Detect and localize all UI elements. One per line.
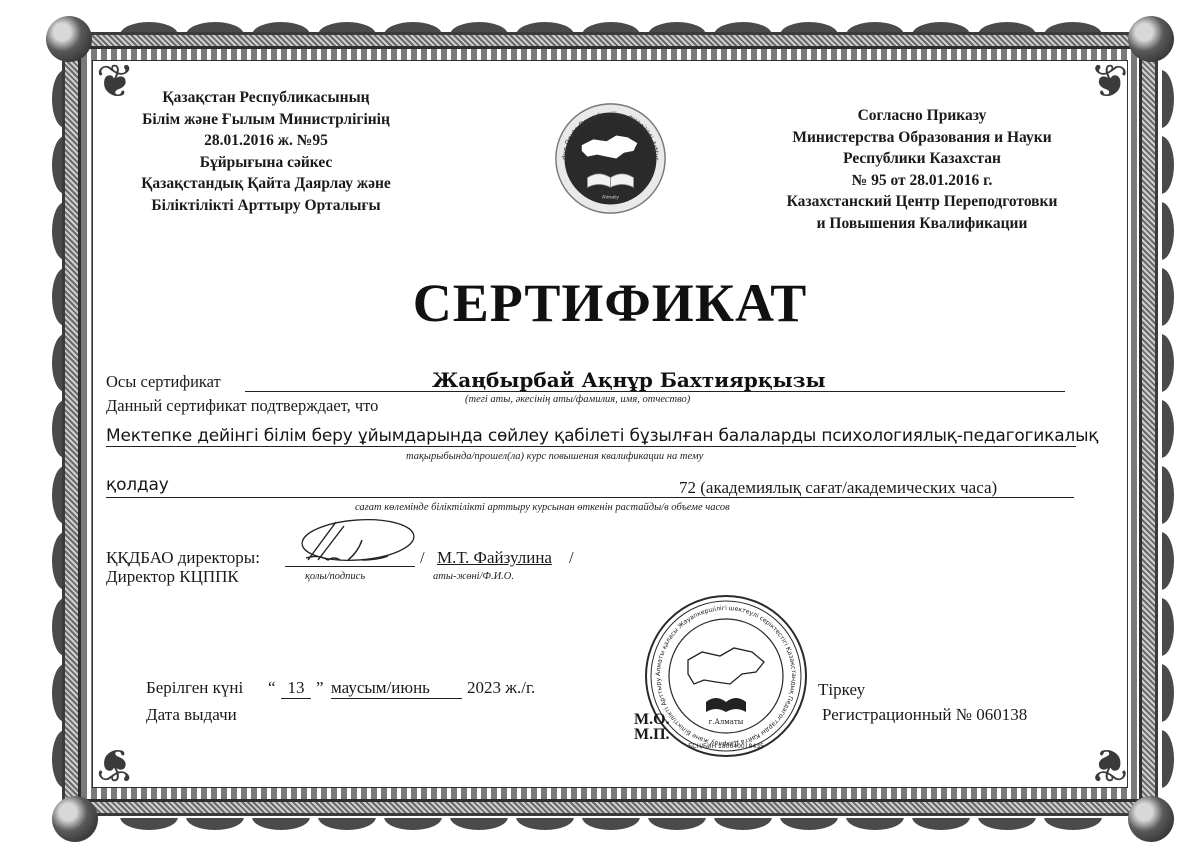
signature-caption: қолы/подпись [305,571,365,582]
issue-date-label-ru: Дата выдачи [146,705,237,725]
certificate-title: СЕРТИФИКАТ [300,272,920,334]
course-topic-caption: тақырыбында/прошел(ла) курс повышения кв… [406,451,703,462]
signature-icon [288,512,418,572]
corner-ornament-icon [52,796,98,842]
recipient-name: Жаңбырбай Ақнұр Бахтиярқызы [432,368,826,392]
flourish-icon: ❦ [1090,742,1129,788]
issue-date-day: 13 [281,678,311,699]
svg-text:БСН/БИН 180640018435: БСН/БИН 180640018435 [688,743,764,750]
director-label-kz: ҚҚДБАО директоры: [106,548,260,568]
frame-wave-left [48,70,62,790]
corner-ornament-icon [1128,796,1174,842]
header-line: Білім және Ғылым Министрлігінің [108,109,424,131]
issue-date-month: маусым/июнь [331,678,462,699]
issue-date-label-kz: Берілген күні [146,678,243,698]
issue-date-close-quote: ” [316,678,324,698]
frame-wave-right [1162,70,1176,790]
issue-date-open-quote: “ [268,678,276,698]
header-line: Біліктілікті Арттыру Орталығы [108,195,424,217]
frame-wave-bottom [120,818,1110,832]
frame-wave-top [120,18,1110,32]
recipient-label-ru: Данный сертификат подтверждает, что [106,396,378,416]
issue-date-year: 2023 ж./г. [467,678,535,698]
header-line: Қазақстан Республикасының [108,87,424,109]
corner-ornament-icon [46,16,92,62]
registration-number-line: Регистрационный № 060138 [822,705,1027,725]
recipient-label-kz: Осы сертификат [106,372,221,392]
flourish-icon: ❦ [1090,58,1129,104]
registration-label-kz: Тіркеу [818,680,865,700]
header-right-ru: Согласно Приказу Министерства Образовани… [752,105,1092,234]
course-topic-underline [106,428,1076,447]
corner-ornament-icon [1128,16,1174,62]
header-line: Министерства Образования и Науки [752,127,1092,149]
registration-number: 060138 [976,705,1027,724]
director-name-caption: аты-жөні/Ф.И.О. [433,571,514,582]
svg-text:г.Алматы: г.Алматы [709,718,744,726]
director-name: М.Т. Файзулина [437,548,552,568]
director-label-ru: Директор КЦППК [106,567,239,587]
director-separator: / [420,548,425,568]
header-line: Согласно Приказу [752,105,1092,127]
header-line: Республики Казахстан [752,148,1092,170]
flourish-icon: ❦ [96,742,135,788]
header-left-kz: Қазақстан Республикасының Білім және Ғыл… [108,87,424,216]
header-line: и Повышения Квалификации [752,213,1092,235]
header-line: Бұйрығына сәйкес [108,152,424,174]
header-line: Казахстанский Центр Переподготовки [752,191,1092,213]
stamp-place-ru: М.П. [634,727,670,743]
header-line: № 95 от 28.01.2016 г. [752,170,1092,192]
header-line: Қазақстандық Қайта Даярлау және [108,173,424,195]
director-separator-end: / [569,548,574,568]
svg-text:Almaty: Almaty [602,195,619,201]
header-line: 28.01.2016 ж. №95 [108,130,424,152]
recipient-caption: (тегі аты, әкесінің аты/фамилия, имя, от… [465,394,690,405]
organization-emblem-icon: Qazaqstandyq Qayta Dayarlau jäne Bilikti… [553,101,668,216]
course-hours: 72 (академиялық сағат/академических часа… [679,478,997,498]
registration-label-ru: Регистрационный № [822,705,972,724]
